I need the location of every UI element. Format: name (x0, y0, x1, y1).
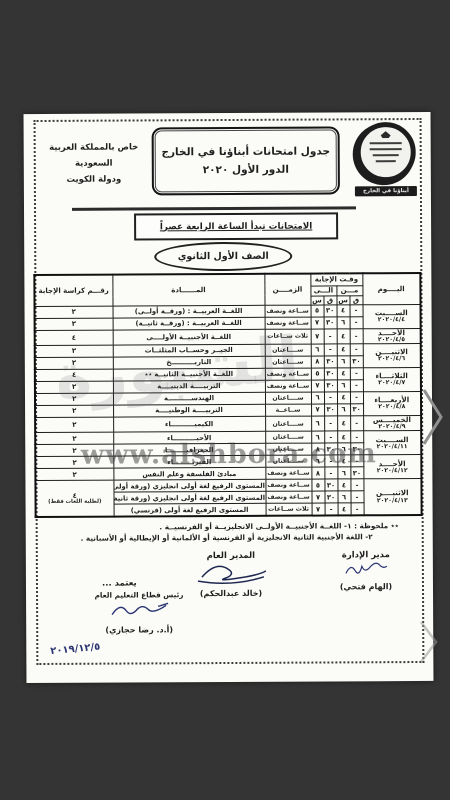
duration-cell: ســــاعتان (265, 431, 311, 443)
col-header-booklet: رقـــم كراسة الإجابة (34, 275, 112, 306)
subject-cell: المستوى الرفيع لغة أولى انجليزي (ورقة أو… (113, 480, 265, 493)
emblem-caption: أبناؤنا في الخارج (355, 186, 417, 196)
from-hours-cell: ٤ (337, 431, 350, 443)
duration-cell: ســــاعتان (265, 392, 311, 404)
duration-cell: ســــاعتان (265, 356, 311, 368)
document-title-box: جدول امتحانات أبناؤنا في الخارج الدور ال… (152, 126, 340, 195)
table-row: الســــبت٢٠٢٠/٤/٤-٤٣٠٥ســاعة ونصفاللغــة… (35, 304, 421, 318)
from-minutes-cell: - (350, 328, 363, 343)
day-date: ٢٠٢٠/٤/٦ (363, 356, 420, 362)
from-minutes-cell: - (350, 431, 363, 443)
col-header-duration: الزمــــن (264, 274, 310, 305)
from-hours-cell: ٦ (338, 491, 351, 503)
col-header-from: مـــن (336, 285, 362, 295)
duration-cell: ثلاث ســاعات (266, 503, 312, 515)
day-name: الســــبت (364, 436, 421, 443)
schedule-table-body: الســــبت٢٠٢٠/٤/٤-٤٣٠٥ســاعة ونصفاللغــة… (35, 304, 422, 517)
chevron-right-icon[interactable] (419, 385, 447, 449)
to-minutes-cell: - (324, 416, 337, 431)
booklet-cell: ٢ (35, 306, 113, 318)
document-title: جدول امتحانات أبناؤنا في الخارج (161, 145, 330, 158)
col-header-to-minutes: ق (323, 295, 336, 304)
to-hours-cell: ٨ (311, 467, 324, 479)
to-hours-cell: ٦ (311, 455, 324, 467)
to-hours-cell: ٥ (311, 305, 324, 317)
to-hours-cell: ٧ (312, 503, 325, 515)
exam-time-banner-text: الامتحانات تبدأ الساعة الرابعة عصراً (160, 221, 312, 232)
to-minutes-cell: ٣٠ (324, 479, 337, 491)
to-minutes-cell: - (324, 328, 337, 343)
day-cell: الأحــــد٢٠٢٠/٤/١٢ (363, 455, 421, 479)
footnotes: ٭٭ ملحوظة : ١- اللغــة الأجنبيــة الأولـ… (54, 521, 399, 545)
day-cell: الســــبت٢٠٢٠/٤/١١ (363, 431, 421, 455)
duration-cell: ســاعــة (265, 404, 311, 416)
emblem-text-line (376, 160, 396, 162)
duration-cell: ســاعة ونصف (265, 467, 311, 479)
booklet-cell: ٢ (35, 357, 113, 369)
subject-cell: الفيزيــــــــاء (113, 456, 265, 469)
admin-name: (الهام فتحي) (321, 582, 411, 591)
signature-block-admin: مدير الإدارة (الهام فتحي) (321, 550, 411, 591)
duration-cell: ســــاعتان (265, 455, 311, 467)
from-hours-cell: ٤ (337, 344, 350, 356)
region-note-line1: خاص بالمملكة العربية السعودية (40, 139, 148, 172)
subject-cell: الأحيــــــــــاء (113, 432, 265, 445)
duration-cell: ســــاعتان (265, 443, 311, 455)
day-cell: الســــبت٢٠٢٠/٤/٤ (363, 304, 421, 328)
duration-cell: ســــاعتان (265, 416, 311, 432)
to-hours-cell: ٧ (311, 404, 324, 416)
admin-signature-icon (340, 560, 392, 578)
booklet-cell: ٢ (35, 393, 113, 405)
booklet-cell: ٤ (35, 330, 113, 346)
day-cell: الأربعــــاء٢٠٢٠/٤/٨ (363, 391, 421, 415)
from-minutes-cell: ٣٠ (350, 443, 363, 455)
table-row: الأحــــد٢٠٢٠/٤/١٢-٤-٦ســــاعتانالفيزيــ… (35, 455, 421, 469)
sector-title: رئيس قطاع التعليم العام (74, 590, 204, 600)
to-minutes-cell: ٣٠ (324, 356, 337, 368)
from-hours-cell: ٤ (337, 455, 350, 467)
document-subtitle: الدور الأول ٢٠٢٠ (203, 164, 289, 176)
day-date: ٢٠٢٠/٤/٤ (363, 317, 420, 323)
booklet-cell: ٢ (35, 417, 113, 433)
col-header-subject: المــــــادة (112, 274, 264, 306)
sector-name: (أ.د. رضا حجازي) (74, 625, 204, 635)
col-header-from-hours: س (336, 295, 349, 304)
subject-cell: الجغرافيــــــــا (113, 444, 265, 457)
to-minutes-cell: - (325, 503, 338, 515)
from-minutes-cell: ٣٠ (350, 356, 363, 368)
day-cell: الثلاثــــاء٢٠٢٠/٤/٧ (363, 367, 421, 391)
from-hours-cell: ٤ (337, 368, 350, 380)
admin-title: مدير الإدارة (321, 550, 411, 560)
from-hours-cell: ٦ (337, 316, 350, 328)
image-viewer: أبناؤنا في الخارج جدول امتحانات أبناؤنا … (0, 0, 450, 800)
emblem-text-line (370, 142, 402, 144)
booklet-cell: ٢ (35, 432, 113, 444)
day-name: الاثنيــــن (364, 489, 421, 496)
sector-signature-icon (104, 599, 174, 621)
from-hours-cell: ٦ (337, 404, 350, 416)
to-minutes-cell: ٣٠ (324, 316, 337, 328)
booklet-cell: ٢ (35, 444, 113, 456)
subject-cell: المستوى الرفيع لغة أولى (فرنسي) (114, 504, 266, 517)
gm-signature-icon (192, 561, 270, 585)
booklet-note: (لطلبة اللغات فقط) (37, 499, 114, 505)
to-minutes-cell: - (324, 344, 337, 356)
duration-cell: ســاعة ونصف (265, 479, 311, 491)
col-header-from-minutes: ق (349, 295, 362, 304)
table-row: الاثنيــــن٢٠٢٠/٤/٦-٤-٦ســــاعتانالجبــر… (35, 343, 421, 357)
col-header-answer-time: وقـت الإجابة (310, 273, 362, 285)
day-cell: الخميــــس٢٠٢٠/٤/٩ (363, 415, 421, 431)
from-minutes-cell: ٣٠ (350, 467, 363, 479)
chevron-right-icon[interactable] (417, 618, 441, 666)
subject-cell: مبادئ الفلسفة وعلم النفس (113, 468, 265, 481)
to-minutes-cell: ٣٠ (324, 380, 337, 392)
subject-cell: اللغــة الأجنبيــة الثانيــة ٭٭ (113, 368, 265, 381)
from-hours-cell: ٦ (337, 380, 350, 392)
subject-cell: اللغــة العربيــة : (ورقــة أولــى) (113, 305, 265, 318)
to-hours-cell: ٦ (311, 431, 324, 443)
ministry-emblem-icon (356, 122, 416, 182)
ministry-emblem: أبناؤنا في الخارج (355, 122, 417, 196)
to-minutes-cell: ٣٠ (324, 443, 337, 455)
to-hours-cell: ٧ (311, 329, 324, 344)
subject-cell: المستوى الرفيع لغة أولى انجليزي (ورقة ثا… (113, 492, 265, 505)
from-hours-cell: ٤ (337, 304, 350, 316)
to-hours-cell: ٦ (311, 416, 324, 431)
from-hours-cell: ٤ (337, 328, 350, 343)
day-name: الأحــــد (363, 328, 420, 335)
table-row: الأربعــــاء٢٠٢٠/٤/٨-٤-٦ســــاعتانالهندس… (35, 391, 421, 405)
subject-cell: التاريــــــــــخ (113, 356, 265, 369)
duration-cell: ســاعة ونصف (265, 317, 311, 329)
to-hours-cell: ٦ (311, 344, 324, 356)
from-hours-cell: ٤ (337, 416, 350, 431)
table-row: الاثنيــــن٢٠٢٠/٤/١٣-٤٣٠٥ســاعة ونصفالمس… (35, 479, 421, 493)
col-header-day: اليــــوم (362, 273, 420, 304)
from-minutes-cell: - (351, 503, 364, 515)
from-hours-cell: ٤ (337, 479, 350, 491)
duration-cell: ثلاث ســاعات (265, 329, 311, 345)
subject-cell: التربيــــة الوطنيــــة (113, 404, 265, 417)
booklet-cell: ٢ (35, 456, 113, 468)
to-hours-cell: ٧ (311, 491, 324, 503)
subject-cell: التربيــــة الدينيــــة (113, 380, 265, 393)
to-hours-cell: ٧ (311, 380, 324, 392)
to-minutes-cell: ٣٠ (324, 368, 337, 380)
booklet-cell: ٤(لطلبة اللغات فقط) (35, 480, 113, 516)
from-hours-cell: ٤ (338, 503, 351, 515)
to-minutes-cell: ٣٠ (324, 404, 337, 416)
to-minutes-cell: - (324, 392, 337, 404)
gm-title: المدير العام (176, 551, 286, 562)
col-header-to: الـــى (310, 285, 336, 295)
booklet-cell: ٢ (35, 318, 113, 330)
day-cell: الاثنيــــن٢٠٢٠/٤/١٣ (363, 479, 421, 515)
from-hours-cell: ٦ (337, 356, 350, 368)
eagle-icon (381, 131, 391, 138)
to-minutes-cell: - (324, 431, 337, 443)
from-minutes-cell: - (350, 455, 363, 467)
booklet-cell: ٢ (35, 405, 113, 417)
to-hours-cell: ٨ (311, 443, 324, 455)
day-date: ٢٠٢٠/٤/٧ (363, 380, 420, 386)
from-minutes-cell: - (350, 316, 363, 328)
scanned-document-page: أبناؤنا في الخارج جدول امتحانات أبناؤنا … (24, 112, 434, 683)
duration-cell: ســاعة ونصف (265, 380, 311, 392)
from-minutes-cell: - (350, 368, 363, 380)
from-minutes-cell: - (350, 304, 363, 316)
to-hours-cell: ٥ (311, 368, 324, 380)
table-row: الثلاثــــاء٢٠٢٠/٤/٧-٤٣٠٥ســاعة ونصفاللغ… (35, 367, 421, 381)
from-hours-cell: ٦ (337, 443, 350, 455)
from-minutes-cell: - (350, 416, 363, 431)
exam-time-banner: الامتحانات تبدأ الساعة الرابعة عصراً (134, 212, 338, 240)
booklet-cell: ٢ (35, 345, 113, 357)
subject-cell: اللغــة الأجنبيــة الأولــــى (113, 329, 265, 345)
footnote-2: ٢- اللغة الأجنبية الثانية الانجليزية أو … (54, 532, 399, 545)
to-minutes-cell: - (324, 467, 337, 479)
from-minutes-cell: ٣٠ (350, 404, 363, 416)
region-note-line2: ودولة الكويت (40, 172, 148, 189)
day-name: الأحــــد (364, 460, 421, 467)
emblem-text-line (370, 148, 402, 150)
to-hours-cell: ٧ (311, 317, 324, 329)
to-hours-cell: ٥ (311, 479, 324, 491)
booklet-cell: ٤ (35, 369, 113, 381)
col-header-to-hours: س (310, 296, 323, 305)
from-minutes-cell: - (350, 479, 363, 491)
day-date: ٢٠٢٠/٤/٩ (364, 424, 421, 430)
duration-cell: ســاعة ونصف (265, 491, 311, 503)
subject-cell: اللغــة العربيــة : (ورقــة ثانيــة) (113, 317, 265, 330)
from-minutes-cell: - (350, 392, 363, 404)
from-minutes-cell: - (350, 380, 363, 392)
duration-cell: ســــاعتان (265, 344, 311, 356)
exam-schedule-table: اليــــوم وقـت الإجابة الزمــــن المــــ… (33, 272, 422, 518)
from-minutes-cell: - (350, 344, 363, 356)
day-date: ٢٠٢٠/٤/١٢ (364, 468, 421, 474)
grade-label-text: الصف الأول الثانوي (178, 251, 269, 262)
to-minutes-cell: - (324, 455, 337, 467)
emblem-text-line (373, 154, 399, 156)
booklet-cell: ٢ (35, 468, 113, 480)
region-note: خاص بالمملكة العربية السعودية ودولة الكو… (40, 139, 148, 188)
signature-block-sector-head: رئيس قطاع التعليم العام (أ.د. رضا حجازي) (74, 590, 204, 635)
from-minutes-cell: - (351, 491, 364, 503)
duration-cell: ســاعة ونصف (265, 368, 311, 380)
subject-cell: الهندســــــــــة (113, 392, 265, 405)
to-minutes-cell: ٣٠ (324, 304, 337, 316)
day-date: ٢٠٢٠/٤/١٣ (364, 498, 421, 504)
duration-cell: ســاعة ونصف (265, 305, 311, 317)
subject-cell: الكيميــــــــــاء (113, 416, 265, 432)
from-hours-cell: ٦ (337, 467, 350, 479)
subject-cell: الجبــر وحســاب المثلثــات (113, 344, 265, 357)
to-hours-cell: ٦ (311, 392, 324, 404)
day-cell: الاثنيــــن٢٠٢٠/٤/٦ (363, 343, 421, 367)
from-hours-cell: ٤ (337, 392, 350, 404)
day-date: ٢٠٢٠/٤/١١ (364, 444, 421, 450)
to-minutes-cell: ٣٠ (325, 491, 338, 503)
to-hours-cell: ٨ (311, 356, 324, 368)
table-row: الســــبت٢٠٢٠/٤/١١-٤-٦ســــاعتانالأحيـــ… (35, 431, 421, 445)
day-cell: الأحــــد٢٠٢٠/٤/٥ (363, 328, 421, 344)
booklet-cell: ٢ (35, 381, 113, 393)
approval-label: يعتمد ... (102, 578, 137, 588)
day-date: ٢٠٢٠/٤/٨ (364, 404, 421, 410)
day-date: ٢٠٢٠/٤/٥ (363, 337, 420, 343)
